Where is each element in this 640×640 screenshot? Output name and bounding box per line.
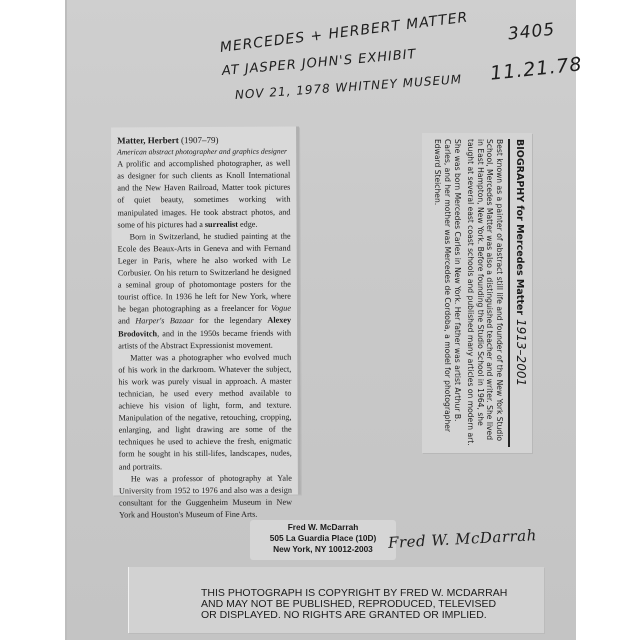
stamp-city: New York, NY 10012-2003 (250, 544, 396, 555)
copyright-notice: THIS PHOTOGRAPH IS COPYRIGHT BY FRED W. … (128, 567, 544, 633)
biography-paragraph: Best known as a painter of abstract stil… (466, 139, 504, 447)
clipping-paragraph: A prolific and accomplished photographer… (117, 158, 290, 231)
clipping-years: (1907–79) (181, 135, 219, 145)
copyright-line: AND MAY NOT BE PUBLISHED, REPRODUCED, TE… (201, 599, 544, 610)
mercedes-matter-biography: BIOGRAPHY for Mercedes Matter 1913–2001 … (422, 133, 532, 453)
biography-paragraph: She was born Mercedes Carles in New York… (433, 139, 462, 447)
clipping-paragraph: Born in Switzerland, he studied painting… (118, 230, 292, 352)
biography-handwritten-years: 1913–2001 (514, 319, 528, 386)
photographer-address-stamp: Fred W. McDarrah 505 La Guardia Place (1… (250, 520, 396, 560)
clipping-heading: Matter, Herbert (1907–79) (117, 134, 290, 147)
stamp-name: Fred W. McDarrah (250, 522, 396, 533)
stamp-street: 505 La Guardia Place (10D) (250, 533, 396, 544)
herbert-matter-clipping: Matter, Herbert (1907–79) American abstr… (111, 127, 301, 496)
copyright-line: OR DISPLAYED. NO RIGHTS ARE GRANTED OR I… (201, 610, 544, 621)
clipping-paragraph: Matter was a photographer who evolved mu… (118, 351, 292, 473)
clipping-name: Matter, Herbert (117, 135, 179, 145)
clipping-paragraph: He was a professor of photography at Yal… (119, 472, 292, 521)
clipping-subtitle: American abstract photographer and graph… (117, 146, 290, 159)
biography-title: BIOGRAPHY for Mercedes Matter 1913–2001 (508, 139, 528, 447)
